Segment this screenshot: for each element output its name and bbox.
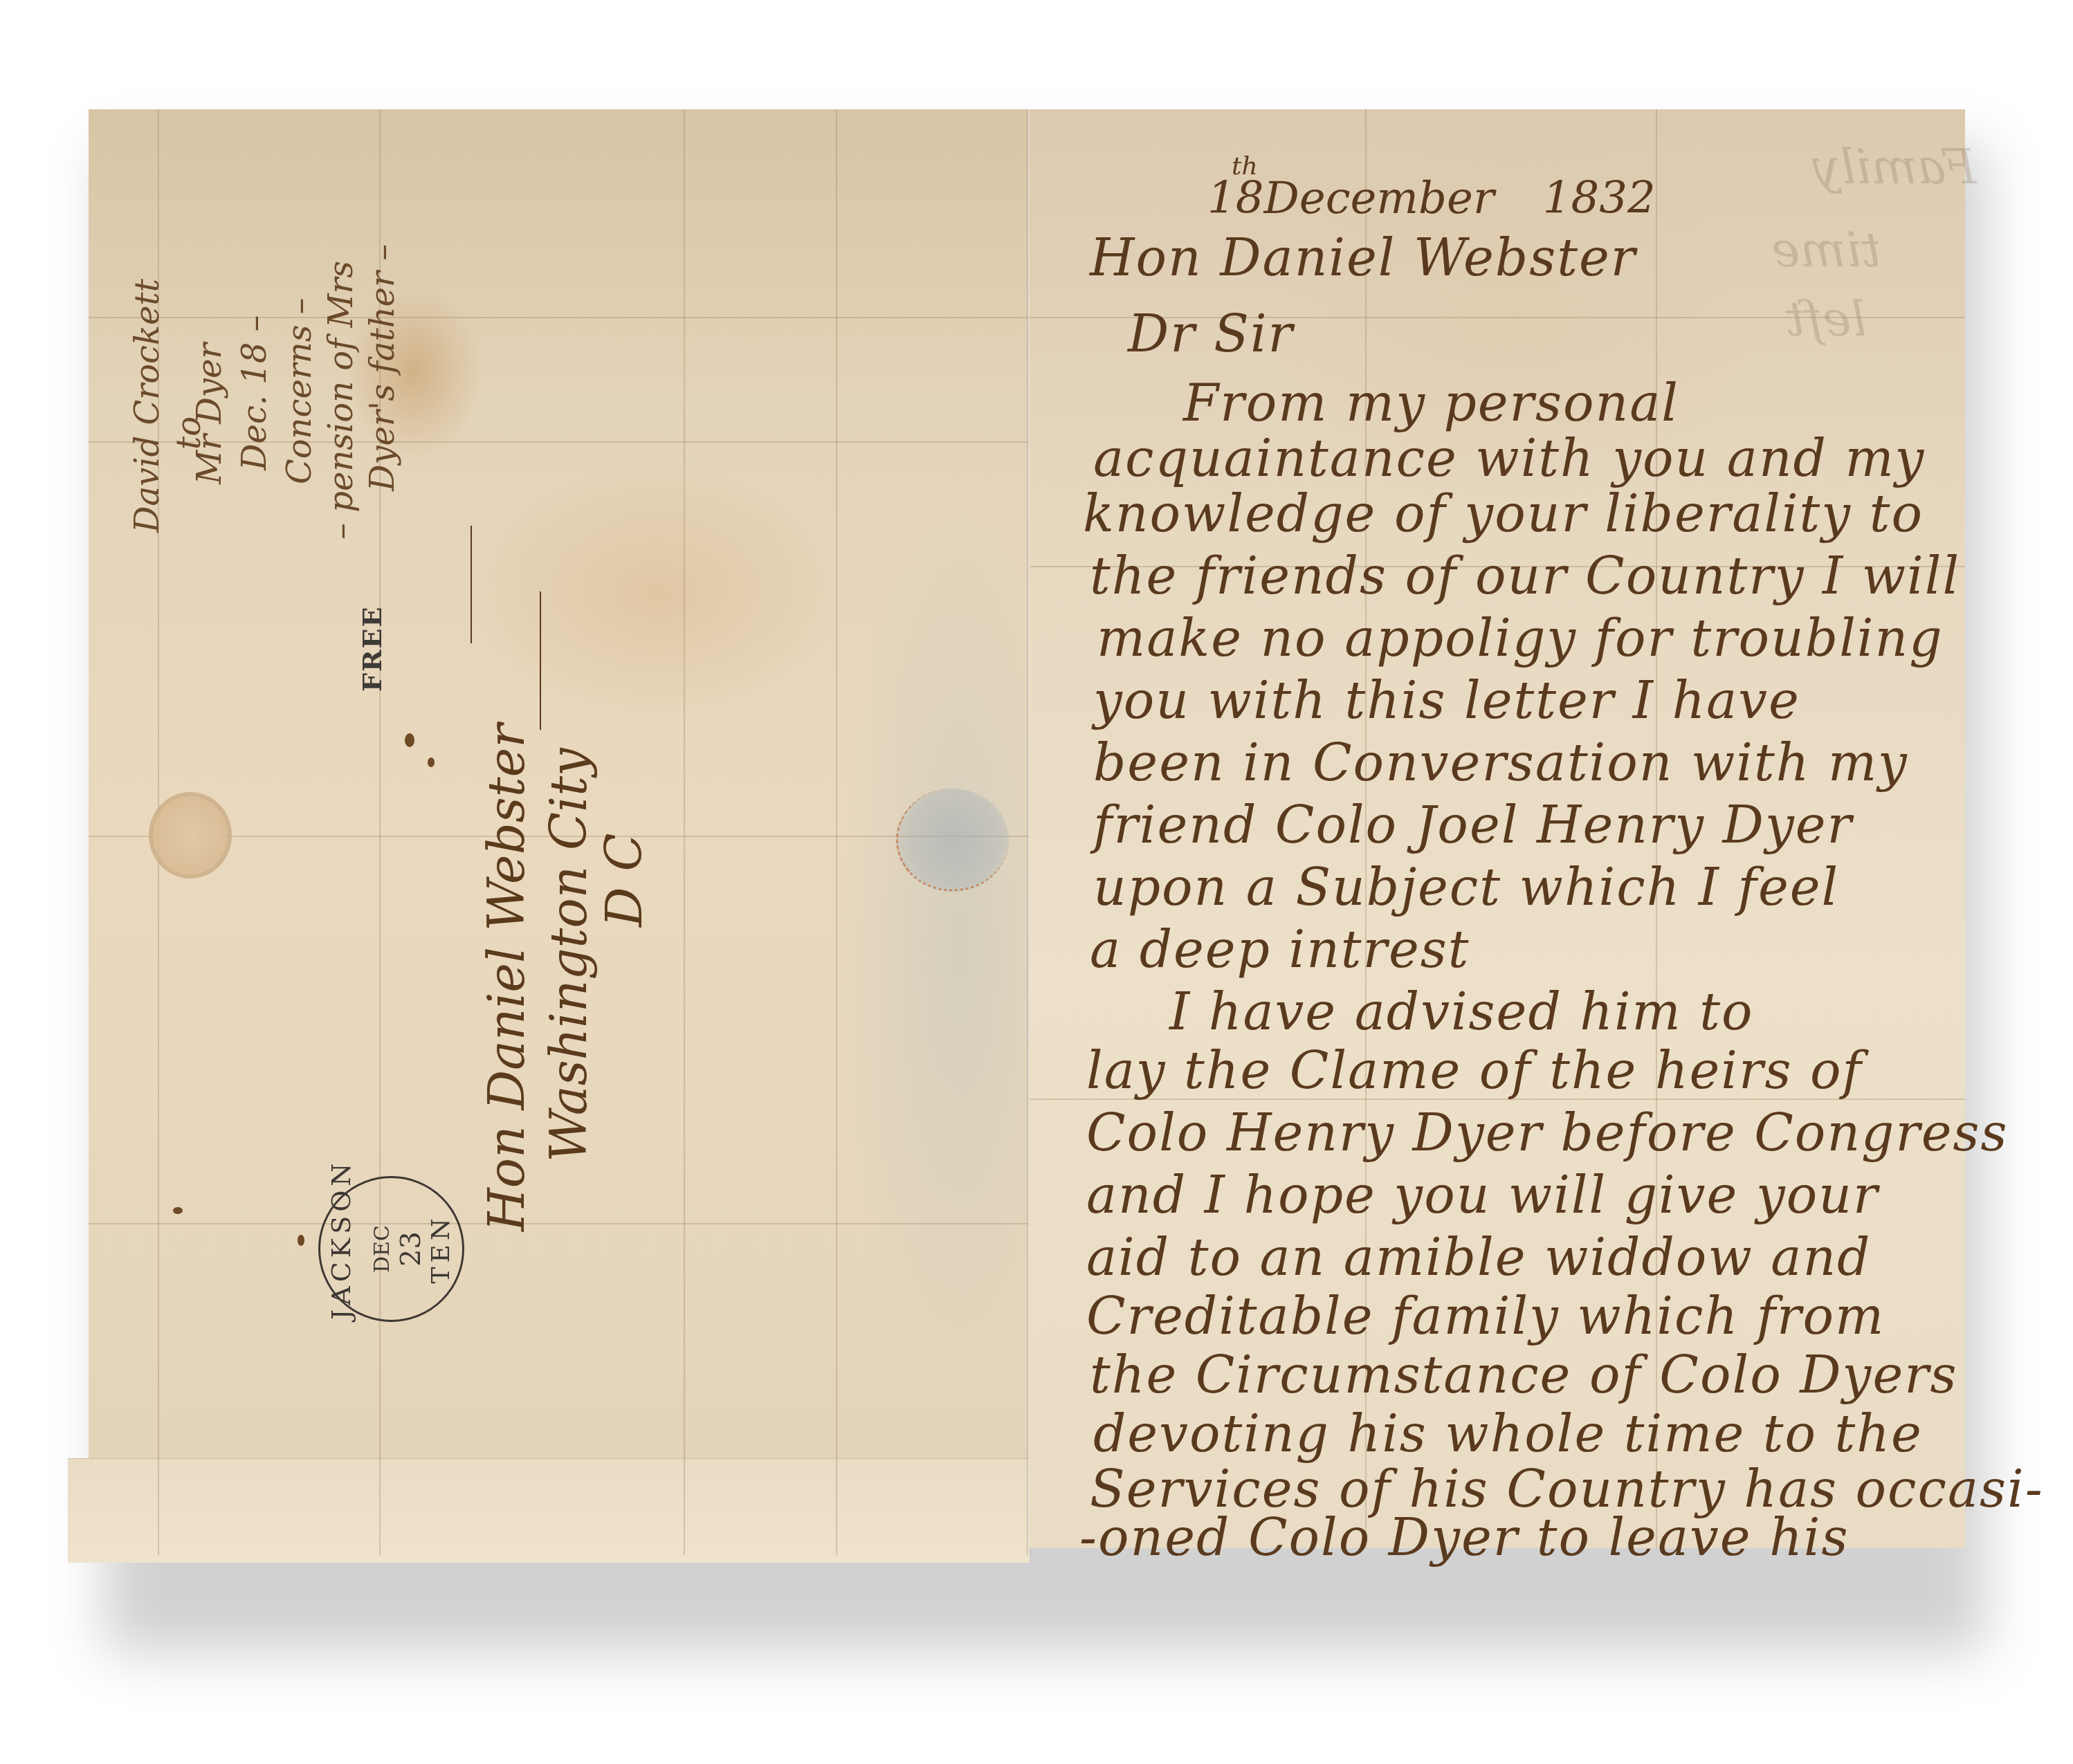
free-frank-stamp: FREE — [356, 606, 387, 692]
ink-spot — [173, 1207, 183, 1214]
address-district: D C — [595, 833, 653, 927]
bleed-through-text: Family — [1813, 138, 1976, 195]
docket-line: Concerns – — [280, 297, 319, 484]
ink-spot — [428, 757, 435, 767]
jackson-postmark: JACKSON DEC 23 TEN — [318, 1176, 464, 1322]
date-month: December — [1263, 173, 1494, 224]
date-year: 1832 — [1543, 173, 1656, 224]
body-line: and I hope you will give your — [1086, 1166, 1879, 1225]
body-line: Creditable family which from — [1086, 1287, 1885, 1346]
docket-line: David Crockett — [128, 279, 167, 533]
body-line: lay the Clame of the heirs of — [1086, 1041, 1863, 1101]
docket-line: Dec. 18 – — [235, 315, 274, 470]
body-line: upon a Subject which I feel — [1093, 858, 1839, 917]
ink-spot — [298, 1235, 304, 1246]
postmark-city: JACKSON — [326, 1178, 356, 1320]
address-flourish — [471, 526, 472, 643]
date-day: 18 — [1207, 173, 1263, 224]
body-line: acquaintance with you and my — [1093, 429, 1925, 488]
folded-lower-strip — [68, 1458, 1030, 1563]
letter-date: 18December 1832 — [1207, 173, 1656, 224]
postmark-day: 23 — [395, 1178, 427, 1320]
address-flourish — [540, 591, 541, 730]
body-line: Colo Henry Dyer before Congress — [1086, 1103, 2009, 1163]
body-line: friend Colo Joel Henry Dyer — [1093, 796, 1853, 855]
fold-line — [836, 109, 837, 1555]
body-line: devoting his whole time to the — [1093, 1404, 1923, 1464]
body-line: make no appoligy for troubling — [1097, 609, 1944, 668]
postmark-month: DEC — [370, 1178, 394, 1320]
fold-line — [684, 109, 685, 1555]
bleed-through-text: left — [1785, 291, 1867, 347]
docket-line: Dyer's father – — [363, 244, 402, 491]
fold-line — [89, 1223, 1030, 1224]
body-line: you with this letter I have — [1093, 671, 1800, 731]
fold-line — [89, 441, 1030, 443]
body-line: -oned Colo Dyer to leave his — [1079, 1508, 1849, 1568]
body-line: aid to an amible widdow and — [1086, 1228, 1871, 1287]
salutation-recipient: Hon Daniel Webster — [1090, 228, 1636, 288]
bleed-through-text: time — [1771, 221, 1881, 278]
body-line: I have advised him to — [1169, 982, 1754, 1042]
salutation-greeting: Dr Sir — [1128, 304, 1294, 364]
fold-line — [89, 317, 1030, 318]
ink-spot — [405, 733, 414, 747]
body-line: the Circumstance of Colo Dyers — [1090, 1345, 1958, 1405]
body-line: knowledge of your liberality to — [1083, 484, 1924, 544]
body-line: the friends of our Country I will — [1090, 546, 1960, 606]
body-line: been in Conversation with my — [1093, 733, 1908, 793]
docket-line: Mr Dyer — [190, 343, 229, 484]
address-recipient: Hon Daniel Webster — [477, 724, 536, 1231]
address-city: Washington City — [540, 748, 598, 1162]
embossed-seal — [149, 792, 232, 879]
body-line: a deep intrest — [1090, 920, 1470, 980]
wafer-stain — [896, 789, 1009, 892]
docket-line: – pension of Mrs — [322, 261, 360, 540]
body-line: From my personal — [1183, 374, 1679, 433]
postmark-state: TEN — [427, 1178, 455, 1320]
